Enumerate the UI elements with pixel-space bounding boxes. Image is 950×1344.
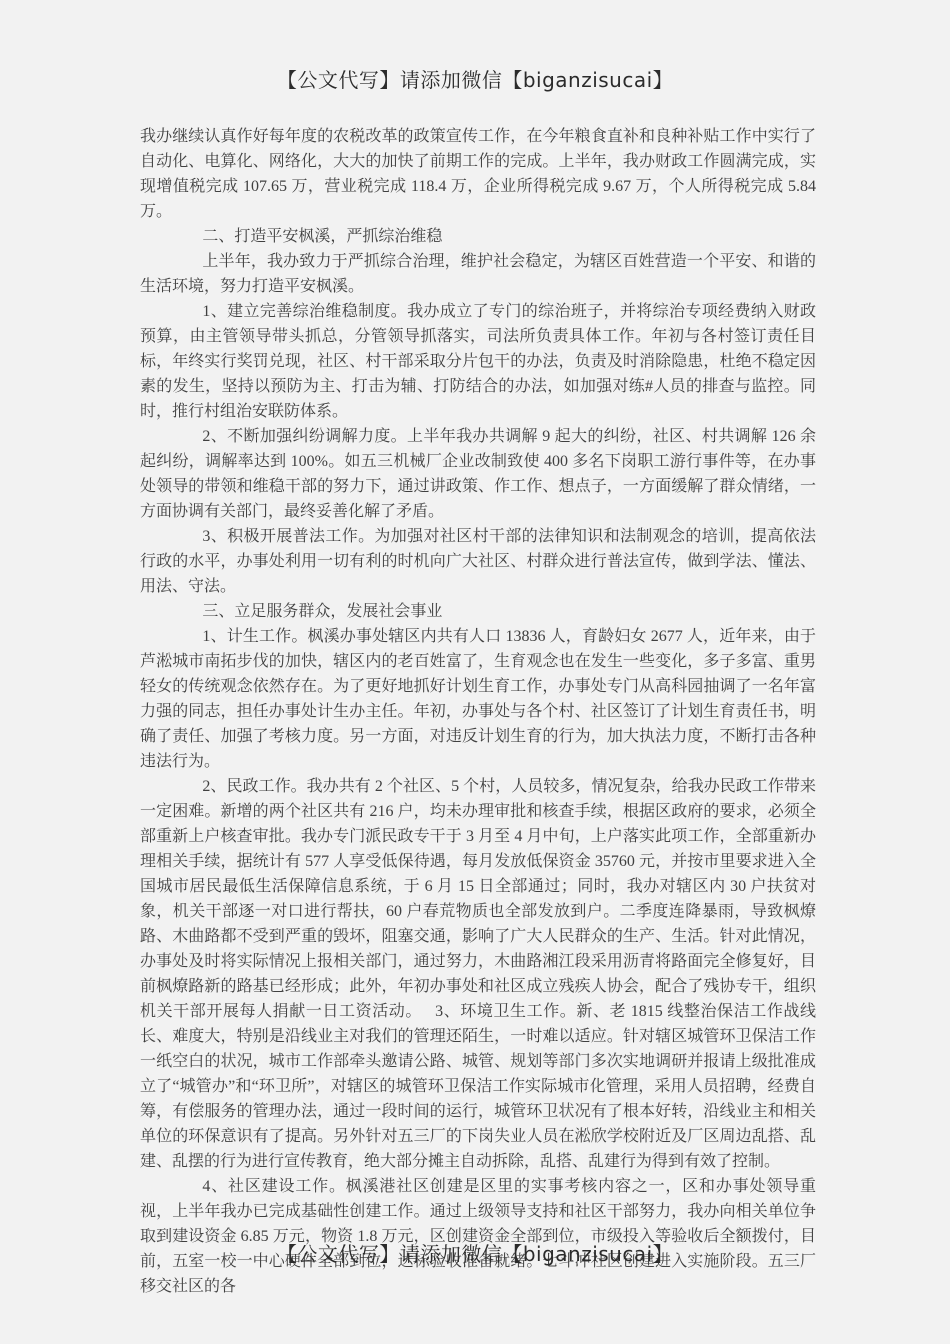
paragraph: 1、计生工作。枫溪办事处辖区内共有人口 13836 人，育龄妇女 2677 人，… bbox=[140, 624, 816, 774]
footer-watermark: 【公文代写】请添加微信【biganzisucai】 bbox=[0, 1238, 950, 1267]
paragraph: 上半年，我办致力于严抓综合治理，维护社会稳定，为辖区百姓营造一个平安、和谐的生活… bbox=[140, 249, 816, 299]
paragraph: 我办继续认真作好每年度的农税改革的政策宣传工作，在今年粮食直补和良种补贴工作中实… bbox=[140, 124, 816, 224]
header-watermark: 【公文代写】请添加微信【biganzisucai】 bbox=[0, 64, 950, 93]
paragraph: 三、立足服务群众，发展社会事业 bbox=[140, 599, 816, 624]
paragraph: 二、打造平安枫溪，严抓综治维稳 bbox=[140, 224, 816, 249]
document-body: 我办继续认真作好每年度的农税改革的政策宣传工作，在今年粮食直补和良种补贴工作中实… bbox=[140, 124, 816, 1299]
paragraph: 4、社区建设工作。枫溪港社区创建是区里的实事考核内容之一，区和办事处领导重视，上… bbox=[140, 1174, 816, 1299]
document-page: 【公文代写】请添加微信【biganzisucai】 我办继续认真作好每年度的农税… bbox=[0, 0, 950, 1344]
paragraph: 1、建立完善综治维稳制度。我办成立了专门的综治班子，并将综治专项经费纳入财政预算… bbox=[140, 299, 816, 424]
paragraph: 2、民政工作。我办共有 2 个社区、5 个村，人员较多，情况复杂，给我办民政工作… bbox=[140, 774, 816, 1174]
paragraph: 2、不断加强纠纷调解力度。上半年我办共调解 9 起大的纠纷，社区、村共调解 12… bbox=[140, 424, 816, 524]
paragraph: 3、积极开展普法工作。为加强对社区村干部的法律知识和法制观念的培训，提高依法行政… bbox=[140, 524, 816, 599]
